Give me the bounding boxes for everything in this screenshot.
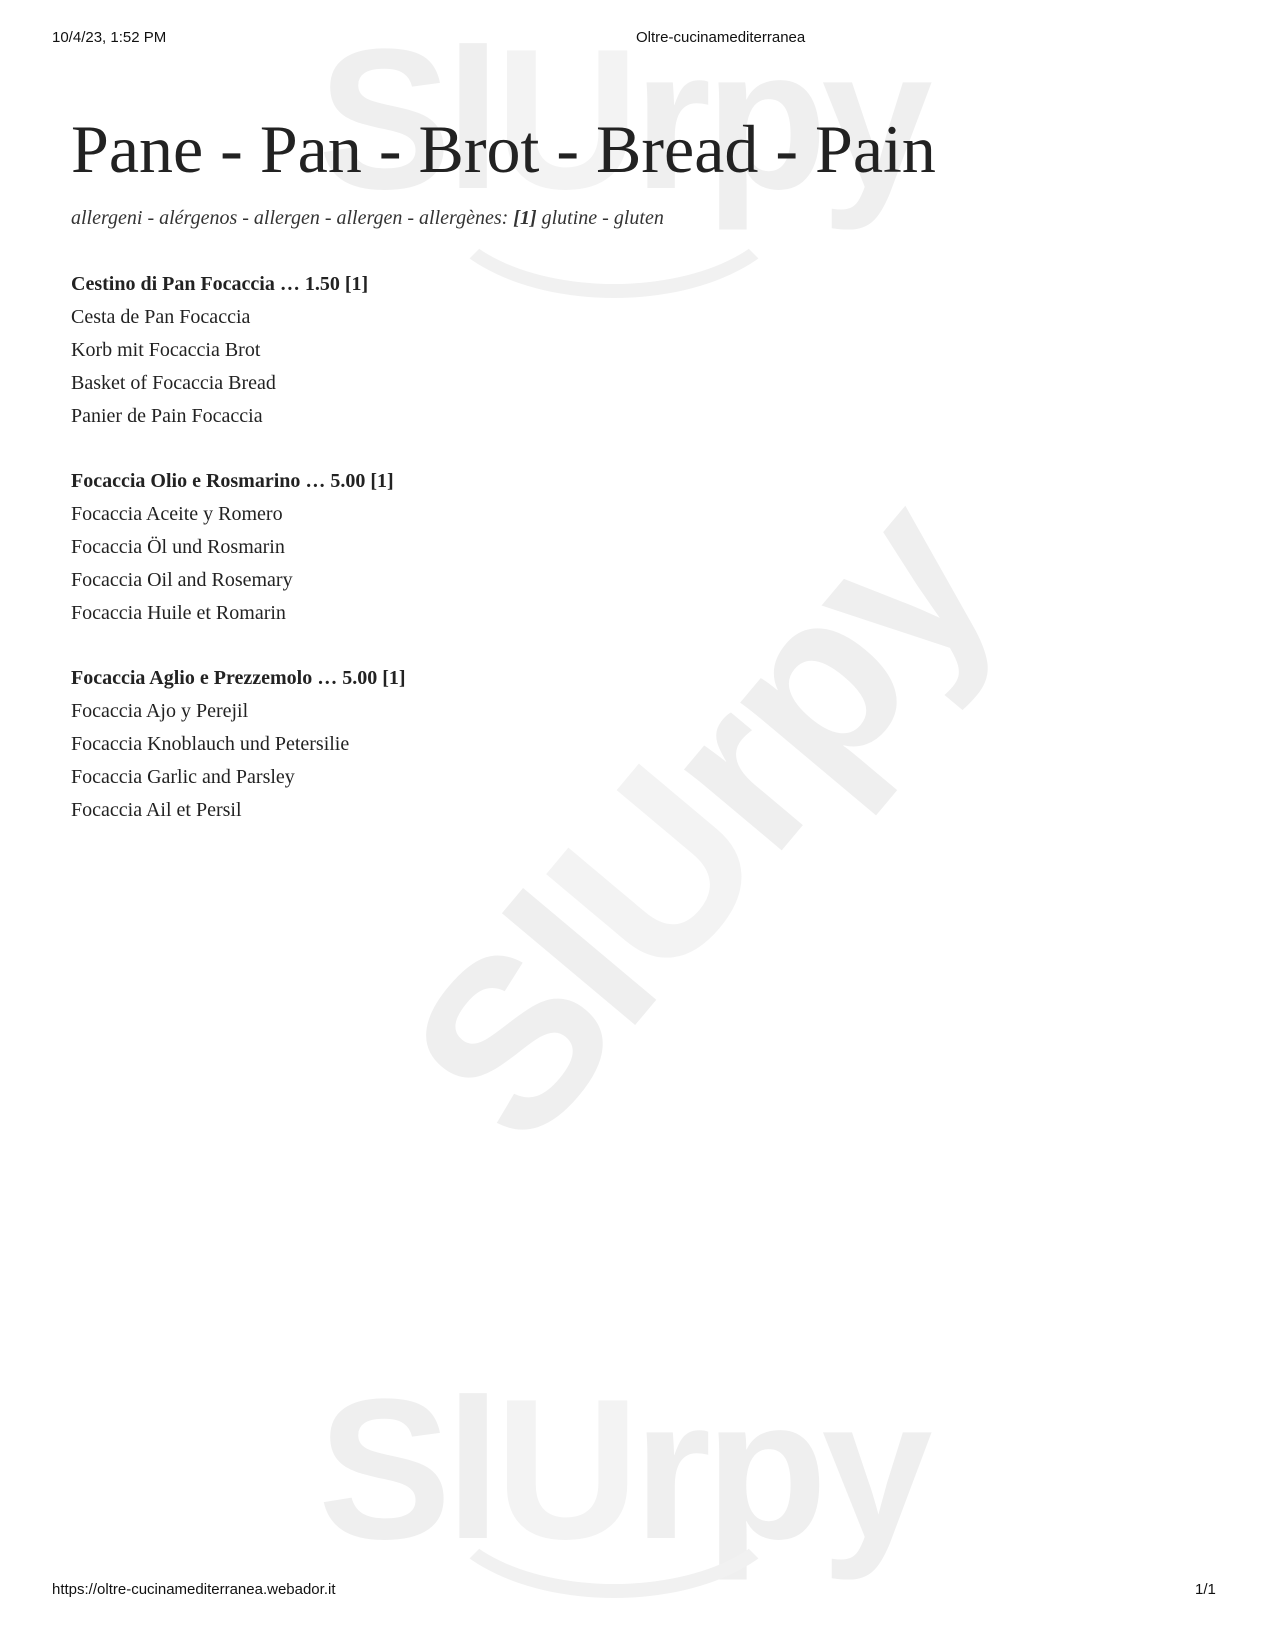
- translation-en: Focaccia Oil and Rosemary: [71, 564, 936, 597]
- allergen-note-prefix: allergeni - alérgenos - allergen - aller…: [71, 207, 513, 229]
- print-page-title: Oltre-cucinamediterranea: [636, 29, 805, 46]
- menu-item-heading: Cestino di Pan Focaccia … 1.50 [1]: [71, 268, 936, 301]
- menu-item-heading: Focaccia Aglio e Prezzemolo … 5.00 [1]: [71, 662, 936, 695]
- translation-es: Focaccia Aceite y Romero: [71, 498, 936, 531]
- page-title: Pane - Pan - Brot - Bread - Pain: [71, 115, 936, 183]
- print-date: 10/4/23, 1:52 PM: [52, 29, 166, 46]
- translation-en: Focaccia Garlic and Parsley: [71, 761, 936, 794]
- menu-item-focaccia-olio-rosmarino: Focaccia Olio e Rosmarino … 5.00 [1] Foc…: [71, 465, 936, 630]
- translation-fr: Panier de Pain Focaccia: [71, 400, 936, 433]
- translation-de: Korb mit Focaccia Brot: [71, 334, 936, 367]
- page-number: 1/1: [1195, 1581, 1216, 1598]
- translation-de: Focaccia Knoblauch und Petersilie: [71, 728, 936, 761]
- menu-item-cestino-focaccia: Cestino di Pan Focaccia … 1.50 [1] Cesta…: [71, 268, 936, 433]
- menu-content: Pane - Pan - Brot - Bread - Pain allerge…: [71, 105, 936, 827]
- menu-item-focaccia-aglio-prezzemolo: Focaccia Aglio e Prezzemolo … 5.00 [1] F…: [71, 662, 936, 827]
- translation-fr: Focaccia Ail et Persil: [71, 794, 936, 827]
- allergen-note: allergeni - alérgenos - allergen - aller…: [71, 207, 936, 230]
- menu-item-heading: Focaccia Olio e Rosmarino … 5.00 [1]: [71, 465, 936, 498]
- allergen-note-suffix: glutine - gluten: [537, 207, 664, 229]
- translation-en: Basket of Focaccia Bread: [71, 367, 936, 400]
- translation-fr: Focaccia Huile et Romarin: [71, 597, 936, 630]
- translation-de: Focaccia Öl und Rosmarin: [71, 531, 936, 564]
- translation-es: Cesta de Pan Focaccia: [71, 301, 936, 334]
- translation-es: Focaccia Ajo y Perejil: [71, 695, 936, 728]
- watermark-swoosh-bottom: [430, 1390, 798, 1598]
- page-url: https://oltre-cucinamediterranea.webador…: [52, 1581, 335, 1598]
- allergen-code: [1]: [513, 207, 536, 229]
